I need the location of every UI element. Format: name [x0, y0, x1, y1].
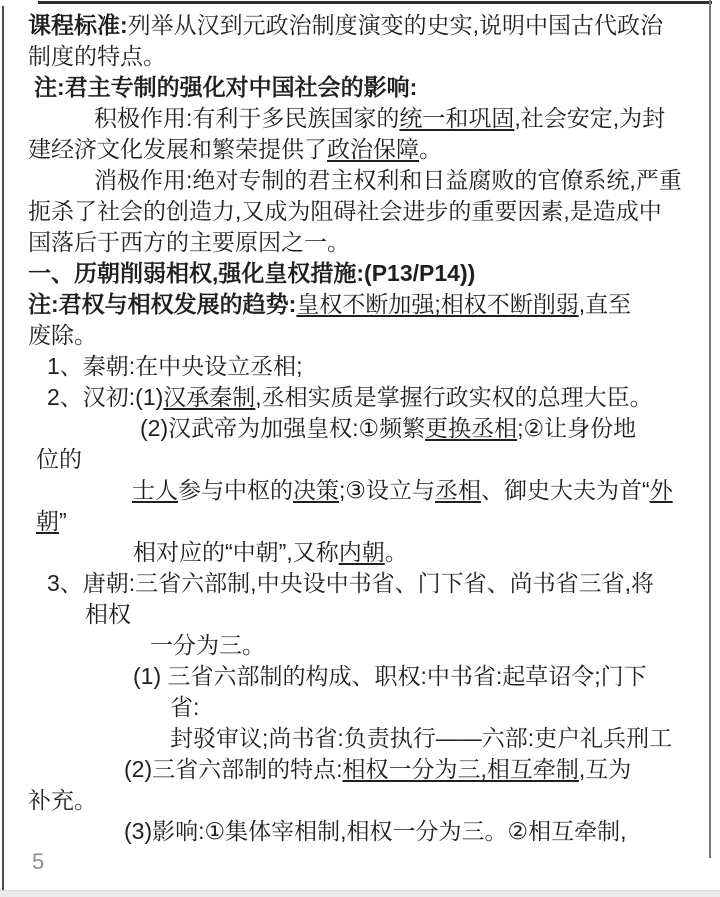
text-segment: 丞相 — [435, 477, 481, 503]
text-segment: 统一和巩固 — [399, 105, 514, 131]
text-segment: 相对应的“中朝”,又称 — [133, 539, 339, 565]
text-segment: 内朝 — [339, 539, 385, 565]
text-segment: 1、秦朝:在中央设立丞相; — [47, 353, 303, 379]
text-segment: 汉承秦制 — [163, 384, 255, 410]
text-segment: 、御史大夫为首“ — [481, 477, 650, 503]
text-line: 相权 — [0, 599, 712, 630]
text-line: 国落后于西方的主要原因之一。 — [0, 227, 712, 258]
text-segment: 政治保障 — [327, 136, 419, 162]
text-segment: 注:君主专制的强化对中国社会的影响: — [34, 74, 417, 100]
text-line: 扼杀了社会的创造力,又成为阻碍社会进步的重要因素,是造成中 — [0, 196, 712, 227]
text-segment: 士人 — [132, 477, 178, 503]
text-line: (3)影响:①集体宰相制,相权一分为三。②相互牵制, — [0, 816, 712, 847]
text-line: 废除。 — [0, 320, 712, 351]
text-segment: 朝 — [36, 508, 59, 534]
text-segment: ,丞相实质是掌握行政实权的总理大臣。 — [255, 384, 652, 410]
text-segment: 相权 — [85, 601, 131, 627]
text-segment: 决策 — [293, 477, 339, 503]
document-page: 课程标准:列举从汉到元政治制度演变的史实,说明中国古代政治制度的特点。注:君主专… — [0, 0, 720, 897]
text-segment: 扼杀了社会的创造力,又成为阻碍社会进步的重要因素,是造成中 — [28, 198, 662, 224]
text-segment: 省: — [170, 694, 199, 720]
document-content: 课程标准:列举从汉到元政治制度演变的史实,说明中国古代政治制度的特点。注:君主专… — [0, 10, 712, 847]
text-segment: 2、汉初:(1) — [47, 384, 163, 410]
page-number: 5 — [32, 849, 44, 875]
text-line: 建经济文化发展和繁荣提供了政治保障。 — [0, 134, 712, 165]
text-line: 3、唐朝:三省六部制,中央设中书省、门下省、尚书省三省,将 — [0, 568, 712, 599]
text-segment: ,社会安定,为封 — [514, 105, 665, 131]
text-segment: 补充。 — [28, 787, 97, 813]
text-segment: 封驳审议;尚书省:负责执行——六部:吏户礼兵刑工 — [170, 725, 672, 751]
text-line: 补充。 — [0, 785, 712, 816]
text-segment: (2)三省六部制的特点: — [124, 756, 343, 782]
text-segment: 。 — [419, 136, 442, 162]
text-segment: (3)影响:①集体宰相制,相权一分为三。②相互牵制, — [124, 818, 627, 844]
text-segment: 制度的特点。 — [28, 43, 166, 69]
text-line: 一、历朝削弱相权,强化皇权措施:(P13/P14)) — [0, 258, 712, 289]
text-segment: 国落后于西方的主要原因之一。 — [28, 229, 350, 255]
text-line: 位的 — [0, 444, 712, 475]
text-line: 士人参与中枢的决策;③设立与丞相、御史大夫为首“外 — [0, 475, 712, 506]
text-segment: 消极作用:绝对专制的君主权利和日益腐败的官僚系统,严重 — [94, 167, 682, 193]
text-segment: 。 — [385, 539, 408, 565]
text-segment: 一分为三。 — [150, 632, 265, 658]
text-segment: 位的 — [36, 446, 82, 472]
text-line: 1、秦朝:在中央设立丞相; — [0, 351, 712, 382]
text-segment: 更换丞相 — [425, 415, 517, 441]
text-segment: 注:君权与相权发展的趋势: — [28, 291, 296, 317]
text-line: 相对应的“中朝”,又称内朝。 — [0, 537, 712, 568]
text-line: 封驳审议;尚书省:负责执行——六部:吏户礼兵刑工 — [0, 723, 712, 754]
text-segment: 一、历朝削弱相权,强化皇权措施:(P13/P14)) — [28, 260, 475, 286]
text-segment: 参与中枢的 — [178, 477, 293, 503]
text-segment: 废除。 — [28, 322, 97, 348]
text-line: 课程标准:列举从汉到元政治制度演变的史实,说明中国古代政治 — [0, 10, 712, 41]
text-segment: (2)汉武帝为加强皇权:①频繁 — [140, 415, 425, 441]
text-line: 注:君主专制的强化对中国社会的影响: — [0, 72, 712, 103]
text-line: 积极作用:有利于多民族国家的统一和巩固,社会安定,为封 — [0, 103, 712, 134]
text-line: 朝” — [0, 506, 712, 537]
text-segment: 列举从汉到元政治制度演变的史实,说明中国古代政治 — [128, 12, 663, 38]
page-border-top — [38, 1, 712, 4]
text-line: (1) 三省六部制的构成、职权:中书省:起草诏令;门下 — [0, 661, 712, 692]
text-segment: ,直至 — [579, 291, 631, 317]
page-bottom-edge — [0, 890, 720, 897]
text-line: 一分为三。 — [0, 630, 712, 661]
text-segment: ,互为 — [579, 756, 631, 782]
text-segment: 积极作用:有利于多民族国家的 — [94, 105, 399, 131]
text-line: 注:君权与相权发展的趋势:皇权不断加强;相权不断削弱,直至 — [0, 289, 712, 320]
text-line: 消极作用:绝对专制的君主权利和日益腐败的官僚系统,严重 — [0, 165, 712, 196]
text-segment: 相权一分为三,相互牵制 — [343, 756, 579, 782]
text-segment: 建经济文化发展和繁荣提供了 — [28, 136, 327, 162]
text-segment: ;③设立与 — [339, 477, 435, 503]
text-line: (2)三省六部制的特点:相权一分为三,相互牵制,互为 — [0, 754, 712, 785]
text-segment: ;②让身份地 — [517, 415, 636, 441]
text-line: (2)汉武帝为加强皇权:①频繁更换丞相;②让身份地 — [0, 413, 712, 444]
text-segment: 3、唐朝:三省六部制,中央设中书省、门下省、尚书省三省,将 — [47, 570, 654, 596]
text-segment: 外 — [650, 477, 673, 503]
text-line: 2、汉初:(1)汉承秦制,丞相实质是掌握行政实权的总理大臣。 — [0, 382, 712, 413]
text-segment: (1) 三省六部制的构成、职权:中书省:起草诏令;门下 — [133, 663, 647, 689]
text-segment: ” — [59, 508, 67, 534]
text-segment: 课程标准: — [28, 12, 128, 38]
text-line: 省: — [0, 692, 712, 723]
text-segment: 皇权不断加强;相权不断削弱 — [296, 291, 578, 317]
text-line: 制度的特点。 — [0, 41, 712, 72]
